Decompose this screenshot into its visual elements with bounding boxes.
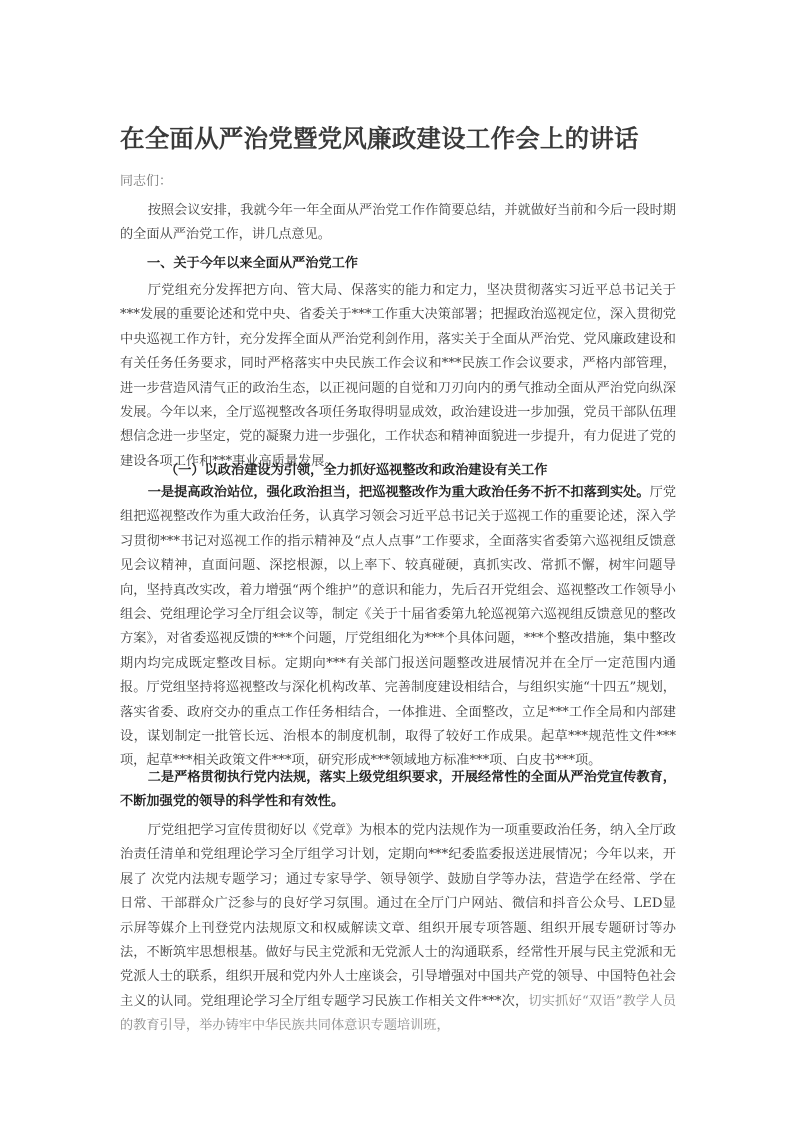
subsection-heading-1: （一）以政治建设为引领，全力抓好巡视整改和政治建设有关工作 [165,459,547,478]
point1-lead: 一是提高政治站位，强化政治担当，把巡视整改作为重大政治任务不折不扣落到实处。 [148,485,650,500]
point2-paragraph: 厅党组把学习宣传贯彻好以《党章》为根本的党内法规作为一项重要政治任务，纳入全厅政… [120,819,676,1039]
salutation: 同志们： [120,170,172,189]
point1-paragraph: 一是提高政治站位，强化政治担当，把巡视整改作为重大政治任务不折不扣落到实处。厅党… [120,481,676,774]
intro-paragraph: 按照会议安排，我就今年一年全面从严治党工作作简要总结，并就做好当前和今后一段时期… [120,199,676,248]
point1-body: 厅党组把巡视整改作为重大政治任务，认真学习领会习近平总书记关于巡视工作的重要论述… [120,485,676,768]
point2-body: 厅党组把学习宣传贯彻好以《党章》为根本的党内法规作为一项重要政治任务，纳入全厅政… [120,823,676,1009]
section-heading-1: 一、关于今年以来全面从严治党工作 [147,252,358,271]
section1-paragraph: 厅党组充分发挥把方向、管大局、保落实的能力和定力，坚决贯彻落实习近平总书记关于*… [120,279,676,474]
document-title: 在全面从严治党暨党风廉政建设工作会上的讲话 [120,120,720,155]
document-page: 在全面从严治党暨党风廉政建设工作会上的讲话 同志们： 按照会议安排，我就今年一年… [0,0,793,1122]
point2-lead: 二是严格贯彻执行党内法规，落实上级党组织要求，开展经常性的全面从严治党宣传教育，… [120,766,676,815]
